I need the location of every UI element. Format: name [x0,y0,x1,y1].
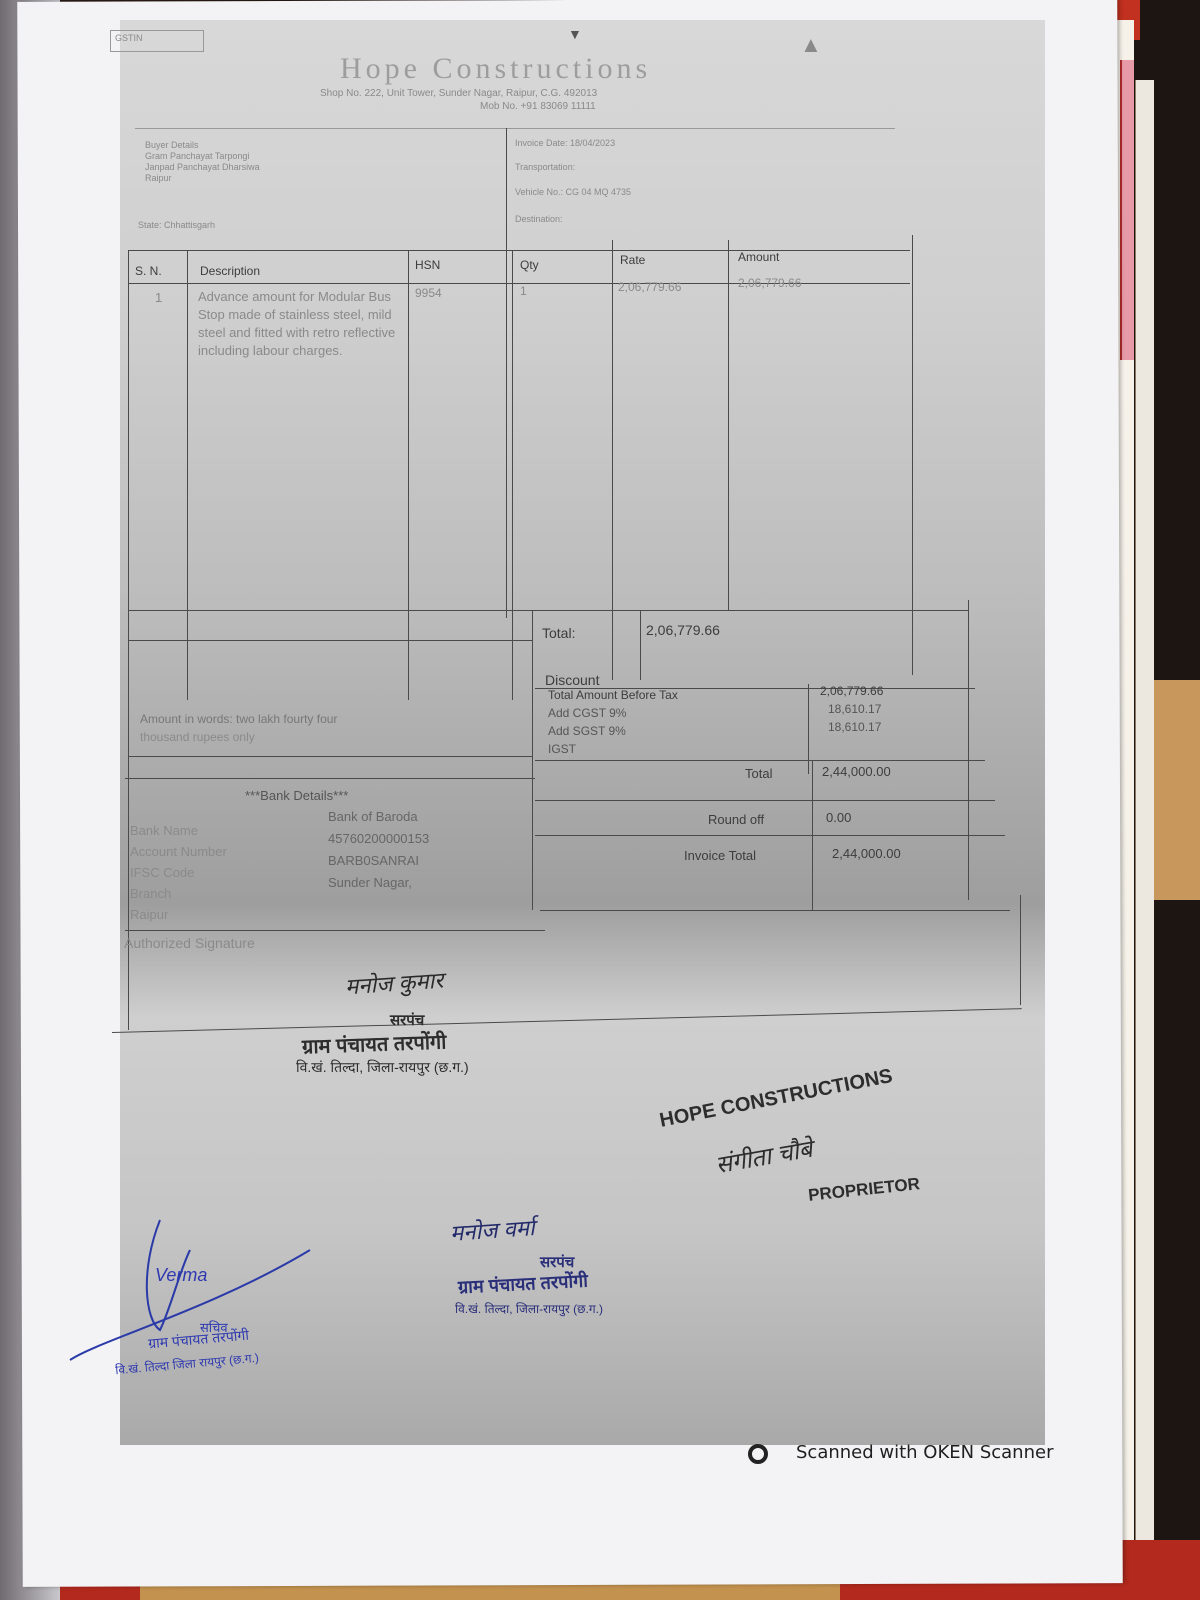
sgst-value: 18,610.17 [828,720,881,734]
total-row-border [128,640,533,641]
pink-sheet-edge [1120,60,1134,360]
vehicle-number: Vehicle No.: CG 04 MQ 4735 [515,187,631,197]
divider [535,835,1005,836]
stamp-line: सरपंच [390,1010,424,1030]
divider [125,930,545,931]
col-divider [408,250,409,700]
roundoff-value: 0.00 [826,810,851,825]
signature-box-right [1020,895,1021,1005]
total-row-border [128,610,968,611]
divider [128,756,533,757]
header-qty: Qty [520,258,539,272]
summary-total-value: 2,44,000.00 [822,764,891,779]
letterhead-emblem-icon: ▼ [568,26,582,42]
stamp-line: वि.खं. तिल्दा, जिला-रायपुर (छ.ग.) [296,1058,469,1077]
secretary-signature: Verma [155,1265,207,1286]
invoice-total-value: 2,44,000.00 [832,846,901,861]
authorized-signature-label: Authorized Signature [124,935,255,951]
total-label: Total: [542,625,575,641]
company-address: Shop No. 222, Unit Tower, Sunder Nagar, … [320,88,597,99]
stamp-line: ग्राम पंचायत तरपोंगी [302,1027,447,1059]
divider [135,128,895,129]
divider [506,128,507,618]
summary-total-label: Total [745,766,772,781]
account-number-value: 45760200000153 [328,828,429,850]
discount-label: Discount [545,672,599,688]
cgst-label: Add CGST 9% [548,706,626,720]
paper-stack-edge [1135,80,1154,1560]
company-logo-icon: ▲ [800,32,822,58]
col-divider [512,250,513,700]
table-right-border [968,600,969,900]
header-description: Description [200,264,260,278]
bank-values: Bank of Baroda 45760200000153 BARB0SANRA… [328,806,429,894]
igst-label: IGST [548,742,576,756]
ifsc-value: BARB0SANRAI [328,850,429,872]
row-description: Advance amount for Modular Bus Stop made… [198,288,398,360]
table-top-border [128,250,910,251]
bank-name-label: Bank Name [130,820,227,841]
buyer-line: Janpad Panchayat Dharsiwa [145,162,260,173]
company-name: Hope Constructions [340,52,651,86]
divider [540,910,1010,911]
header-hsn: HSN [415,258,440,272]
row-hsn: 9954 [415,286,442,300]
divider [125,778,535,779]
bank-name-value: Bank of Baroda [328,806,429,828]
amount-in-words-line1: Amount in words: two lakh fourty four [140,712,337,726]
before-tax-value: 2,06,779.66 [820,684,883,698]
before-tax-label: Total Amount Before Tax [548,688,678,702]
col-divider [532,610,533,910]
branch-city: Raipur [130,904,227,925]
branch-label: Branch [130,883,227,904]
roundoff-label: Round off [708,812,764,827]
sgst-label: Add SGST 9% [548,724,626,738]
header-amount: Amount [738,250,779,264]
col-divider [612,240,613,680]
account-number-label: Account Number [130,841,227,862]
buyer-line: Gram Panchayat Tarpongi [145,151,260,162]
destination: Destination: [515,214,563,224]
buyer-block: Buyer Details Gram Panchayat Tarpongi Ja… [145,140,260,184]
buyer-line: Buyer Details [145,140,260,151]
row-sn: 1 [155,290,162,305]
letterhead-corner-box: GSTIN [110,30,204,52]
sarpanch-signature-2: मनोज वर्मा [449,1212,535,1248]
invoice-total-label: Invoice Total [684,848,756,863]
cgst-value: 18,610.17 [828,702,881,716]
invoice-date: Invoice Date: 18/04/2023 [515,138,615,148]
amount-in-words-line2: thousand rupees only [140,730,255,744]
row-rate: 2,06,779.66 [618,280,681,294]
col-divider [187,250,188,700]
row-amount: 2,06,779.66 [738,276,801,290]
row-qty: 1 [520,284,527,298]
divider [535,800,995,801]
transportation: Transportation: [515,162,575,172]
branch-value: Sunder Nagar, [328,872,429,894]
col-divider [640,610,641,680]
company-mobile: Mob No. +91 83069 11111 [480,101,596,112]
total-value: 2,06,779.66 [646,622,720,638]
col-divider [728,240,729,610]
bank-labels: Bank Name Account Number IFSC Code Branc… [130,820,227,925]
header-sn: S. N. [135,264,162,278]
buyer-line: Raipur [145,173,260,184]
header-rate: Rate [620,253,645,267]
scanner-watermark: Scanned with OKEN Scanner [796,1442,1053,1463]
stamp-line: वि.खं. तिल्दा, जिला-रायपुर (छ.ग.) [455,1300,603,1317]
divider [535,760,985,761]
ifsc-label: IFSC Code [130,862,227,883]
oken-scanner-logo-icon [748,1444,768,1464]
buyer-state: State: Chhattisgarh [138,220,215,230]
bank-details-title: ***Bank Details*** [245,788,348,803]
col-divider [912,235,913,675]
